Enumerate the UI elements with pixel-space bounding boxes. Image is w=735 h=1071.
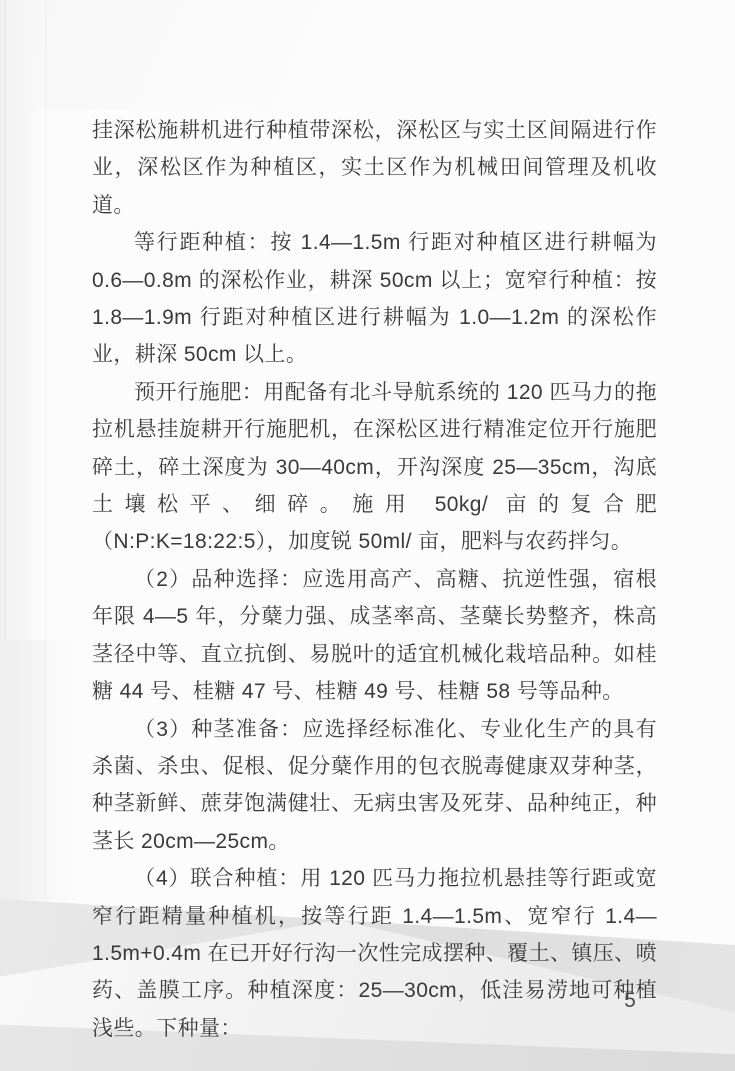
document-page: { "page": { "number": "5", "colors": { "…: [0, 0, 735, 1071]
paragraph-variety-selection: （2）品种选择：应选用高产、高糖、抗逆性强，宿根年限 4—5 年，分蘖力强、成茎…: [92, 561, 657, 711]
paragraph-combined-planting: （4）联合种植：用 120 匹马力拖拉机悬挂等行距或宽窄行距精量种植机，按等行距…: [92, 860, 657, 1047]
paragraph-seed-stem-preparation: （3）种茎准备：应选择经标准化、专业化生产的具有杀菌、杀虫、促根、促分蘖作用的包…: [92, 711, 657, 861]
page-top-shading: [0, 0, 735, 110]
document-body: 挂深松施耕机进行种植带深松，深松区与实土区间隔进行作业，深松区作为种植区，实土区…: [92, 112, 657, 1047]
page-left-edge-shading: [0, 0, 48, 1071]
page-number: 5: [613, 986, 647, 1016]
paragraph-continued: 挂深松施耕机进行种植带深松，深松区与实土区间隔进行作业，深松区作为种植区，实土区…: [92, 112, 657, 224]
paragraph-pre-row-fertilization: 预开行施肥：用配备有北斗导航系统的 120 匹马力的拖拉机悬挂旋耕开行施肥机，在…: [92, 374, 657, 561]
paragraph-equal-row-planting: 等行距种植：按 1.4—1.5m 行距对种植区进行耕幅为 0.6—0.8m 的深…: [92, 224, 657, 374]
page-left-edge-line: [45, 0, 46, 1071]
page-left-edge-line: [5, 0, 6, 1071]
page-left-lower-shading: [0, 640, 90, 900]
